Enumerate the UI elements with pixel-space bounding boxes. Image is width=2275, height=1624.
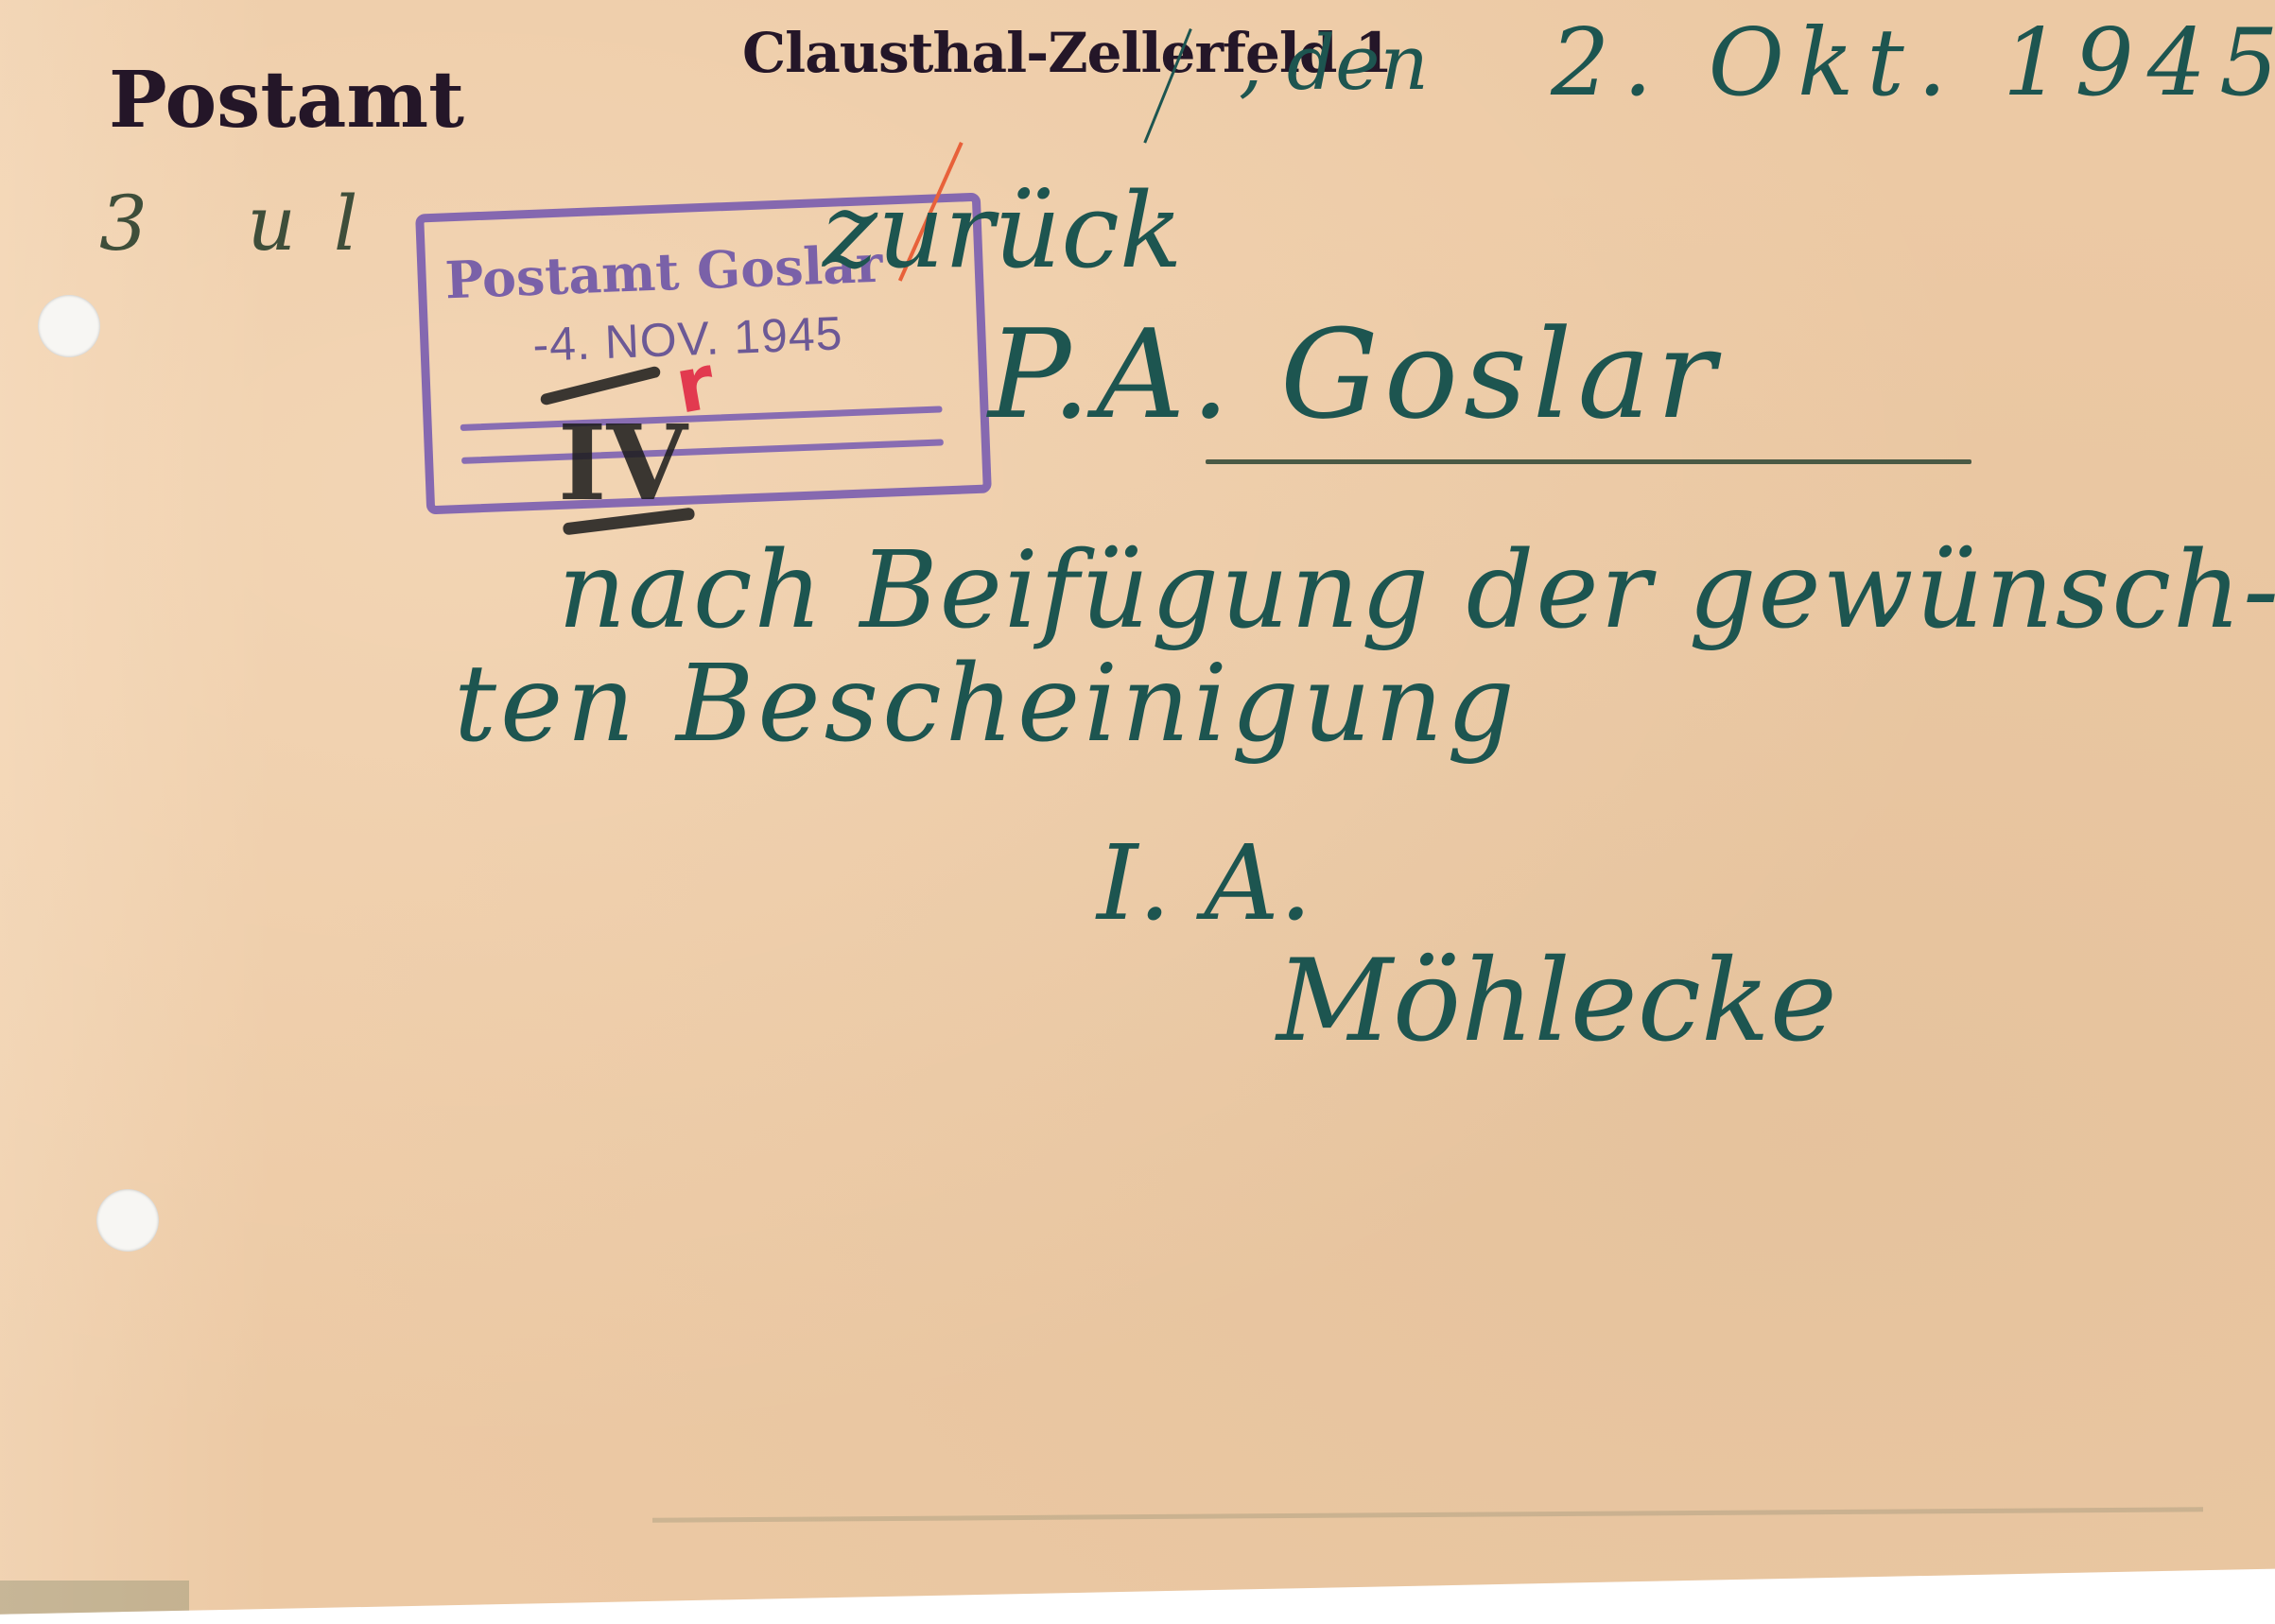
- word-back: zurück: [823, 170, 1183, 291]
- letterhead-office: Postamt: [109, 55, 464, 146]
- date-value: 2. Okt. 1945: [1551, 9, 2275, 117]
- signature-name: Möhlecke: [1276, 936, 1837, 1067]
- recipient-underline: [1206, 459, 1971, 464]
- on-behalf-abbrev: I. A.: [1097, 822, 1312, 943]
- punch-hole-top: [38, 295, 100, 357]
- stamp-title: Postamt Goslar: [444, 233, 884, 311]
- bottom-corner-stain: [0, 1581, 189, 1624]
- show-through-rule: [652, 1507, 2203, 1522]
- margin-note: 3 ul: [99, 180, 395, 268]
- pencil-mark-iv: IV: [558, 402, 687, 524]
- stamp-rule-2: [461, 439, 944, 464]
- body-line-1: nach Beifügung der gewünsch-: [558, 529, 2275, 652]
- recipient: P.A. Goslar: [988, 302, 1721, 446]
- body-line-2: ten Bescheinigung: [454, 643, 1519, 766]
- document-page: Postamt Clausthal-Zellerfeld 1 , den 2. …: [0, 0, 2275, 1624]
- date-prefix: , den: [1239, 19, 1429, 107]
- punch-hole-bottom: [96, 1189, 159, 1252]
